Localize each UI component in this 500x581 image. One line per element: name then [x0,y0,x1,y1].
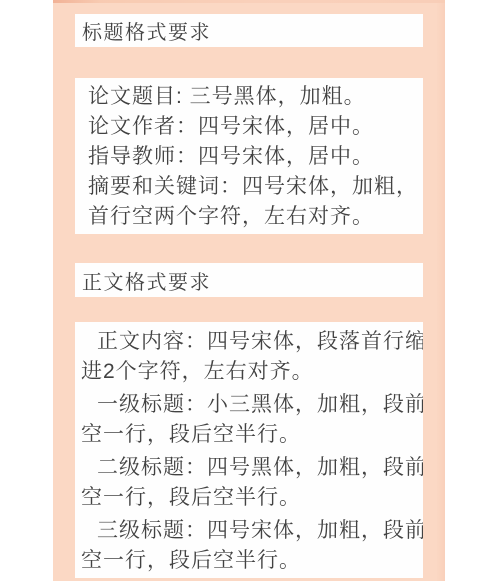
panel-right-edge-strip [436,0,445,581]
rule-line-heading3: 三级标题：四号宋体，加粗，段前 [75,516,423,546]
rule-line-heading3-cont: 空一行，段后空半行。 [75,546,423,576]
rule-line-thesis-title: 论文题目: 三号黑体，加粗。 [75,82,423,112]
rule-line-body-content: 正文内容：四号宋体，段落首行缩 [75,327,423,357]
rule-line-abstract-keywords-cont: 首行空两个字符，左右对齐。 [75,202,423,232]
title-format-rules-card: 论文题目: 三号黑体，加粗。 论文作者：四号宋体，居中。 指导教师：四号宋体，居… [75,78,423,234]
title-format-header-text: 标题格式要求 [75,16,211,45]
body-format-rules-card: 正文内容：四号宋体，段落首行缩 进2个字符，左右对齐。 一级标题：小三黑体，加粗… [75,322,423,578]
rule-line-heading2-cont: 空一行，段后空半行。 [75,483,423,513]
body-format-header-text: 正文格式要求 [75,266,211,295]
rule-line-thesis-author: 论文作者：四号宋体，居中。 [75,112,423,142]
panel-top-edge-strip [53,0,445,3]
rule-line-heading2: 二级标题：四号黑体，加粗，段前 [75,453,423,483]
rule-line-body-content-cont: 进2个字符，左右对齐。 [75,357,423,387]
body-format-header-bar: 正文格式要求 [75,263,423,297]
title-format-header-bar: 标题格式要求 [75,14,423,47]
rule-line-heading1-cont: 空一行，段后空半行。 [75,420,423,450]
rule-line-abstract-keywords: 摘要和关键词：四号宋体，加粗， [75,172,423,202]
rule-line-advisor: 指导教师：四号宋体，居中。 [75,142,423,172]
rule-line-heading1: 一级标题：小三黑体，加粗，段前 [75,390,423,420]
